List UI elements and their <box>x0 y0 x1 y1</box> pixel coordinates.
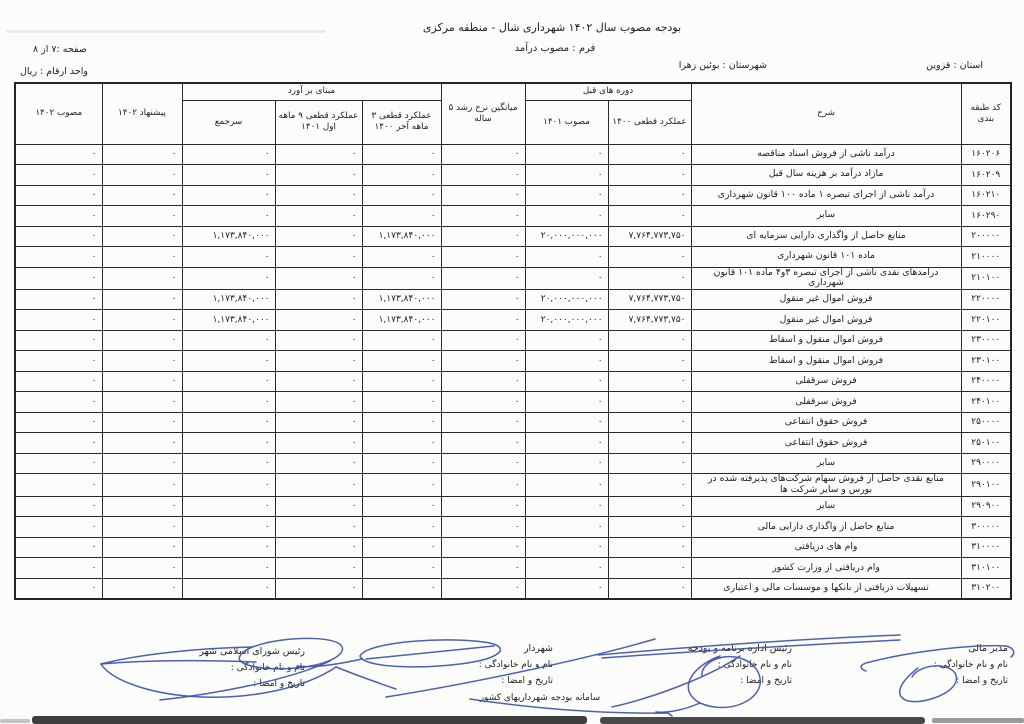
scanned-budget-document: بودجه مصوب سال ۱۴۰۲ شهرداری شال - منطقه … <box>0 0 1024 724</box>
signature-scribble-mayor <box>297 639 672 716</box>
signature-scribble-budget-chief <box>598 635 900 712</box>
signature-scribble-finance <box>861 646 1014 702</box>
signature-scribble-council <box>101 638 396 700</box>
scan-edge-band <box>0 716 1024 724</box>
signature-ink-overlay <box>0 0 1024 724</box>
